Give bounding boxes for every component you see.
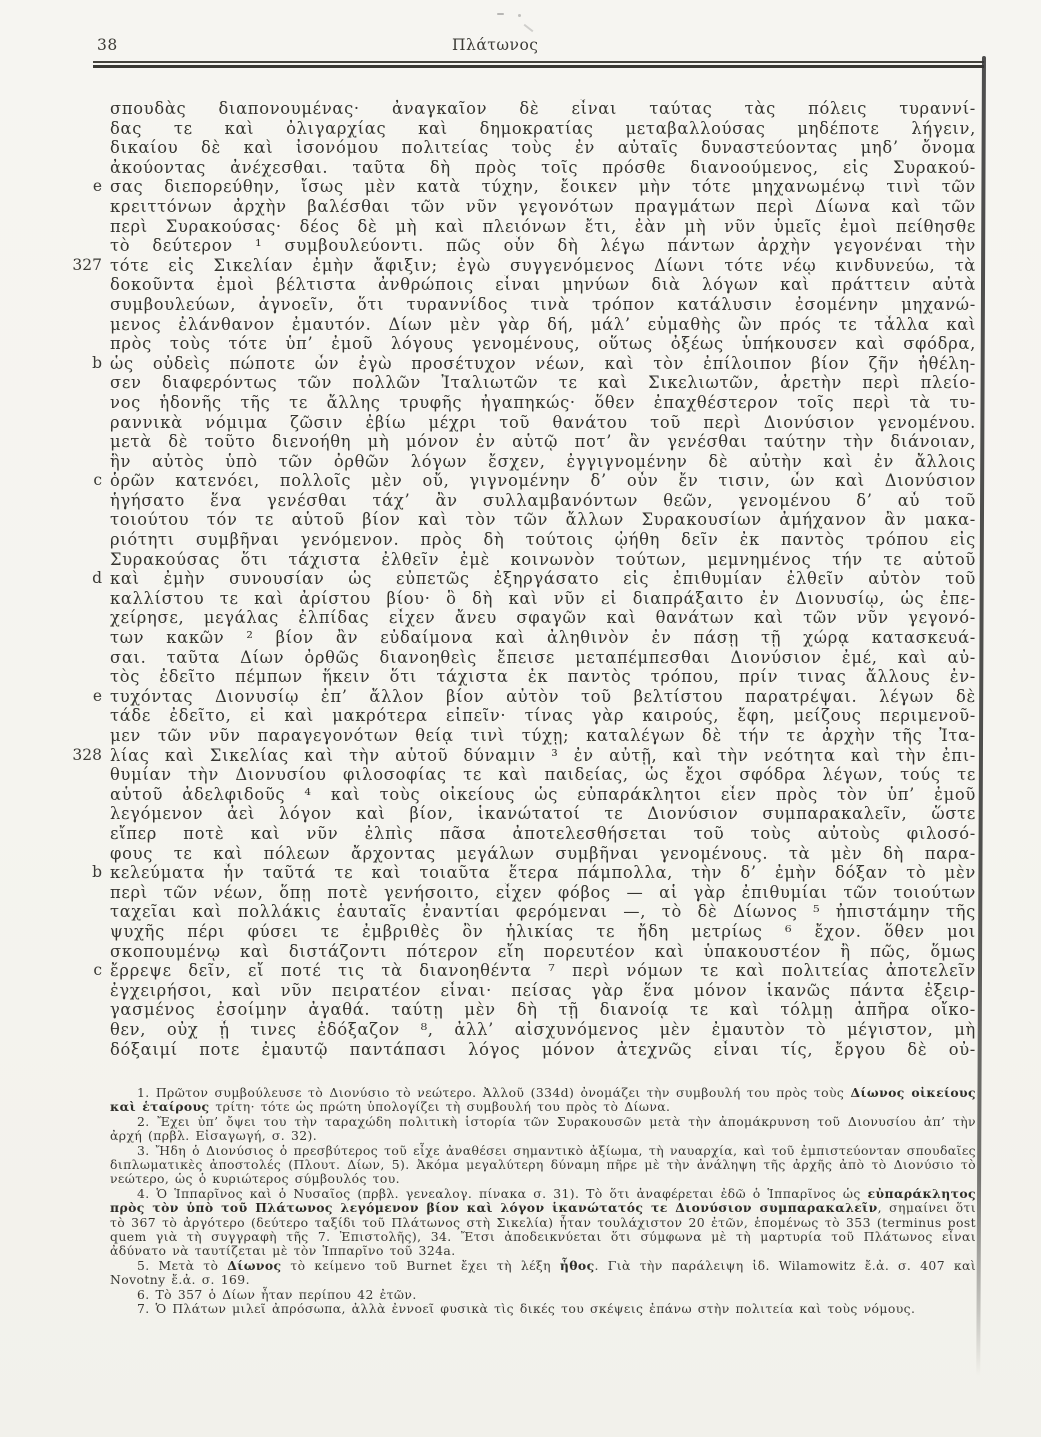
text-line: σεν διαφερόντως τῶν πολλῶν Ἰταλιωτῶν τε … xyxy=(56,373,976,393)
line-text: περὶ τῶν νέων, ὅπῃ ποτὲ γενήσοιτο, εἶχεν… xyxy=(110,883,976,903)
text-line: περὶ τῶν νέων, ὅπῃ ποτὲ γενήσοιτο, εἶχεν… xyxy=(56,883,976,903)
text-line: περὶ Συρακούσας· δέος δὲ μὴ καὶ πλειόνων… xyxy=(56,217,976,237)
line-text: κελεύματα ἦν ταῦτά τε καὶ τοιαῦτα ἕτερα … xyxy=(110,863,976,883)
stephanus-marker: c xyxy=(56,471,110,491)
stephanus-marker xyxy=(56,510,110,530)
text-line: 328 λίας καὶ Σικελίας καὶ τὴν αὑτοῦ δύνα… xyxy=(56,746,976,766)
text-line: ἣν αὐτὸς ὑπὸ τῶν ὀρθῶν λόγων ἔσχεν, ἐγγι… xyxy=(56,452,976,472)
text-line: καλλίστου τε καὶ ἀρίστου βίου· ὃ δὴ καὶ … xyxy=(56,589,976,609)
line-text: τυχόντας Διονυσίῳ ἐπ’ ἄλλον βίον αὐτὸν τ… xyxy=(110,687,976,707)
text-line: γασμένος ἐσοίμην ἀγαθά. ταύτῃ μὲν δὴ τῇ … xyxy=(56,1000,976,1020)
text-line: εἴπερ ποτὲ καὶ νῦν ἐλπὶς πᾶσα ἀποτελεσθή… xyxy=(56,824,976,844)
line-text: ριότητι συμβῆναι γενόμενον. πρὸς δὴ τούτ… xyxy=(110,530,976,550)
stephanus-marker xyxy=(56,1040,110,1060)
stephanus-marker: b xyxy=(56,863,110,883)
line-text: τὸς ἐδεῖτο πέμπων ἥκειν ὅτι τάχιστα ἐκ π… xyxy=(110,667,976,687)
text-line: ἀκούοντας ἀνέχεσθαι. ταῦτα δὴ πρὸς τοῖς … xyxy=(56,158,976,178)
stephanus-marker xyxy=(56,824,110,844)
text-line: d καὶ ἐμὴν συνουσίαν ὡς εὐπετῶς ἐξηργάσα… xyxy=(56,569,976,589)
text-line: θυμίαν τὴν Διονυσίου φιλοσοφίας τε καὶ π… xyxy=(56,765,976,785)
stephanus-marker xyxy=(56,119,110,139)
footnote: 6. Τὸ 357 ὁ Δίων ἦταν περίπου 42 ἐτῶν. xyxy=(110,1288,976,1302)
line-text: λίας καὶ Σικελίας καὶ τὴν αὑτοῦ δύναμιν … xyxy=(110,746,976,766)
text-line: ταχεῖαι καὶ πολλάκις ἑαυταῖς ἐναντίαι φε… xyxy=(56,902,976,922)
text-line: c ἔρρεψε δεῖν, εἴ ποτέ τις τὰ διανοηθέντ… xyxy=(56,961,976,981)
stephanus-marker xyxy=(56,981,110,1001)
page-edge-line xyxy=(976,56,985,1376)
stephanus-marker xyxy=(56,452,110,472)
page-header: 38 Πλάτωνος xyxy=(95,36,983,58)
line-text: σαι. ταῦτα Δίων ὀρθῶς διανοηθεὶς ἔπεισε … xyxy=(110,648,976,668)
line-text: Συρακούσας ὅτι τάχιστα ἐλθεῖν ἐμὲ κοινων… xyxy=(110,550,976,570)
line-text: ὡς οὐδεὶς πώποτε ὧν ἐγὼ προσέτυχον νέων,… xyxy=(110,354,976,374)
text-line: b ὡς οὐδεὶς πώποτε ὧν ἐγὼ προσέτυχον νέω… xyxy=(56,354,976,374)
line-text: ἀκούοντας ἀνέχεσθαι. ταῦτα δὴ πρὸς τοῖς … xyxy=(110,158,976,178)
line-text: σπουδὰς διαπονουμένας· ἀναγκαῖον δὲ εἶνα… xyxy=(110,99,976,119)
line-text: γασμένος ἐσοίμην ἀγαθά. ταύτῃ μὲν δὴ τῇ … xyxy=(110,1000,976,1020)
book-page: 38 Πλάτωνος σπουδὰς διαπονουμένας· ἀναγκ… xyxy=(0,0,1041,1437)
stephanus-marker xyxy=(56,315,110,335)
text-line: λεγόμενον ἀεὶ λόγον καὶ βίον, ἱκανώτατοί… xyxy=(56,804,976,824)
text-line: δικαίου δὲ καὶ ἰσονόμου πολιτείας τοὺς ἐ… xyxy=(56,138,976,158)
stephanus-marker xyxy=(56,804,110,824)
text-line: τοιούτου τόν τε αὑτοῦ βίον καὶ τὸν τῶν ἄ… xyxy=(56,510,976,530)
text-line: μεν τῶν νῦν παραγεγονότων θείᾳ τινὶ τύχῃ… xyxy=(56,726,976,746)
running-title: Πλάτωνος xyxy=(452,36,538,54)
line-text: φους τε καὶ πόλεων ἄρχοντας μεγάλων συμβ… xyxy=(110,844,976,864)
line-text: μετὰ δὲ τοῦτο διενοήθη μὴ μόνον ἐν αὑτῷ … xyxy=(110,432,976,452)
line-text: τάδε ἐδεῖτο, εἰ καὶ μακρότερα εἰπεῖν· τί… xyxy=(110,706,976,726)
line-text: σας διεπορεύθην, ἴσως μὲν κατὰ τύχην, ἔο… xyxy=(110,177,976,197)
stephanus-marker xyxy=(56,844,110,864)
stephanus-marker xyxy=(56,902,110,922)
line-text: καλλίστου τε καὶ ἀρίστου βίου· ὃ δὴ καὶ … xyxy=(110,589,976,609)
stephanus-marker: e xyxy=(56,177,110,197)
text-line: δοκοῦντα ἐμοὶ βέλτιστα ἀνθρώποις εἶναι μ… xyxy=(56,275,976,295)
stephanus-marker xyxy=(56,883,110,903)
text-line: των κακῶν ² βίον ἂν εὐδαίμονα καὶ ἀληθιν… xyxy=(56,628,976,648)
text-line: θεν, οὐχ ᾗ τινες ἐδόξαζον ⁸, ἀλλ’ αἰσχυν… xyxy=(56,1020,976,1040)
line-text: θυμίαν τὴν Διονυσίου φιλοσοφίας τε καὶ π… xyxy=(110,765,976,785)
text-line: ψυχῆς πέρι φύσει τε ἐμβριθὲς ὂν ἡλικίας … xyxy=(56,922,976,942)
text-line: ραννικὰ νόμιμα ζῶσιν ἐβίω μέχρι τοῦ θανά… xyxy=(56,413,976,433)
line-text: ταχεῖαι καὶ πολλάκις ἑαυταῖς ἐναντίαι φε… xyxy=(110,902,976,922)
stephanus-marker xyxy=(56,197,110,217)
text-line: τὸ δεύτερον ¹ συμβουλεύοντι. πῶς οὖν δὴ … xyxy=(56,236,976,256)
stephanus-marker xyxy=(56,158,110,178)
stephanus-marker: d xyxy=(56,569,110,589)
line-text: ἔρρεψε δεῖν, εἴ ποτέ τις τὰ διανοηθέντα … xyxy=(110,961,976,981)
stephanus-marker: c xyxy=(56,961,110,981)
text-line: τάδε ἐδεῖτο, εἰ καὶ μακρότερα εἰπεῖν· τί… xyxy=(56,706,976,726)
footnote: 4. Ὁ Ἱππαρῖνος καὶ ὁ Νυσαῖος (πρβλ. γενε… xyxy=(110,1187,976,1259)
line-text: δας τε καὶ ὀλιγαρχίας καὶ δημοκρατίας με… xyxy=(110,119,976,139)
text-line: σκοπουμένῳ καὶ διστάζοντι πότερον εἴη πο… xyxy=(56,942,976,962)
line-text: νος ἡδονῆς τῆς τε ἄλλης τρυφῆς ἠγαπηκώς·… xyxy=(110,393,976,413)
stephanus-marker: b xyxy=(56,354,110,374)
text-line: e τυχόντας Διονυσίῳ ἐπ’ ἄλλον βίον αὐτὸν… xyxy=(56,687,976,707)
page-number: 38 xyxy=(97,36,118,54)
stephanus-marker xyxy=(56,491,110,511)
line-text: δόξαιμί ποτε ἐμαυτῷ παντάπασι λόγος μόνο… xyxy=(110,1040,976,1060)
line-text: ἣν αὐτὸς ὑπὸ τῶν ὀρθῶν λόγων ἔσχεν, ἐγγι… xyxy=(110,452,976,472)
text-line: e σας διεπορεύθην, ἴσως μὲν κατὰ τύχην, … xyxy=(56,177,976,197)
stephanus-marker xyxy=(56,236,110,256)
text-line: b κελεύματα ἦν ταῦτά τε καὶ τοιαῦτα ἕτερ… xyxy=(56,863,976,883)
text-line: σπουδὰς διαπονουμένας· ἀναγκαῖον δὲ εἶνα… xyxy=(56,99,976,119)
line-text: καὶ ἐμὴν συνουσίαν ὡς εὐπετῶς ἐξηργάσατο… xyxy=(110,569,976,589)
stephanus-marker xyxy=(56,922,110,942)
stephanus-marker xyxy=(56,726,110,746)
stephanus-marker xyxy=(56,667,110,687)
footnote: 2. Ἔχει ὑπ’ ὄψει του τὴν ταραχώδη πολιτι… xyxy=(110,1115,976,1144)
text-line: ἐγχειρήσοι, καὶ νῦν πειρατέον εἶναι· πεί… xyxy=(56,981,976,1001)
header-rule xyxy=(93,61,984,68)
text-line: πρὸς τοὺς τότε ὑπ’ ἐμοῦ λόγους γενομένου… xyxy=(56,334,976,354)
line-text: τοιούτου τόν τε αὑτοῦ βίον καὶ τὸν τῶν ἄ… xyxy=(110,510,976,530)
stephanus-marker xyxy=(56,295,110,315)
line-text: πρὸς τοὺς τότε ὑπ’ ἐμοῦ λόγους γενομένου… xyxy=(110,334,976,354)
line-text: σεν διαφερόντως τῶν πολλῶν Ἰταλιωτῶν τε … xyxy=(110,373,976,393)
text-line: κρειττόνων ἀρχὴν βαλέσθαι τῶν νῦν γεγονό… xyxy=(56,197,976,217)
stephanus-marker xyxy=(56,628,110,648)
stephanus-marker xyxy=(56,138,110,158)
text-line: συμβουλεύων, ἀγνοεῖν, ὅτι τυραννίδος τιν… xyxy=(56,295,976,315)
line-text: μενος ἐλάνθανον ἐμαυτόν. Δίων μὲν γὰρ δή… xyxy=(110,315,976,335)
line-text: μεν τῶν νῦν παραγεγονότων θείᾳ τινὶ τύχῃ… xyxy=(110,726,976,746)
text-line: Συρακούσας ὅτι τάχιστα ἐλθεῖν ἐμὲ κοινων… xyxy=(56,550,976,570)
line-text: εἴπερ ποτὲ καὶ νῦν ἐλπὶς πᾶσα ἀποτελεσθή… xyxy=(110,824,976,844)
line-text: ἐγχειρήσοι, καὶ νῦν πειρατέον εἶναι· πεί… xyxy=(110,981,976,1001)
line-text: ραννικὰ νόμιμα ζῶσιν ἐβίω μέχρι τοῦ θανά… xyxy=(110,413,976,433)
text-line: αὑτοῦ ἀδελφιδοῦς ⁴ καὶ τοὺς οἰκείους ὡς … xyxy=(56,785,976,805)
stephanus-marker xyxy=(56,942,110,962)
stephanus-marker xyxy=(56,765,110,785)
line-text: αὑτοῦ ἀδελφιδοῦς ⁴ καὶ τοὺς οἰκείους ὡς … xyxy=(110,785,976,805)
text-line: μενος ἐλάνθανον ἐμαυτόν. Δίων μὲν γὰρ δή… xyxy=(56,315,976,335)
stephanus-marker xyxy=(56,530,110,550)
text-line: δόξαιμί ποτε ἐμαυτῷ παντάπασι λόγος μόνο… xyxy=(56,1040,976,1060)
text-line: τὸς ἐδεῖτο πέμπων ἥκειν ὅτι τάχιστα ἐκ π… xyxy=(56,667,976,687)
line-text: των κακῶν ² βίον ἂν εὐδαίμονα καὶ ἀληθιν… xyxy=(110,628,976,648)
stephanus-marker xyxy=(56,1000,110,1020)
line-text: χείρησε, μεγάλας ἐλπίδας εἶχεν ἄνευ σφαγ… xyxy=(110,608,976,628)
line-text: ἡγήσατο ἕνα γενέσθαι τάχ’ ἂν συλλαμβανόν… xyxy=(110,491,976,511)
stephanus-marker: e xyxy=(56,687,110,707)
stephanus-marker: 328 xyxy=(56,746,110,766)
stephanus-marker xyxy=(56,648,110,668)
text-line: νος ἡδονῆς τῆς τε ἄλλης τρυφῆς ἠγαπηκώς·… xyxy=(56,393,976,413)
text-line: δας τε καὶ ὀλιγαρχίας καὶ δημοκρατίας με… xyxy=(56,119,976,139)
stephanus-marker xyxy=(56,706,110,726)
footnotes-section: 1. Πρῶτον συμβούλευσε τὸ Διονύσιο τὸ νεώ… xyxy=(110,1086,976,1317)
stephanus-marker xyxy=(56,1020,110,1040)
line-text: τὸ δεύτερον ¹ συμβουλεύοντι. πῶς οὖν δὴ … xyxy=(110,236,976,256)
stephanus-marker xyxy=(56,275,110,295)
line-text: σκοπουμένῳ καὶ διστάζοντι πότερον εἴη πο… xyxy=(110,942,976,962)
line-text: δοκοῦντα ἐμοὶ βέλτιστα ἀνθρώποις εἶναι μ… xyxy=(110,275,976,295)
footnote: 7. Ὁ Πλάτων μιλεῖ ἀπρόσωπα, ἀλλὰ ἐννοεῖ … xyxy=(110,1302,976,1316)
stephanus-marker xyxy=(56,608,110,628)
line-text: δικαίου δὲ καὶ ἰσονόμου πολιτείας τοὺς ἐ… xyxy=(110,138,976,158)
text-line: σαι. ταῦτα Δίων ὀρθῶς διανοηθεὶς ἔπεισε … xyxy=(56,648,976,668)
line-text: συμβουλεύων, ἀγνοεῖν, ὅτι τυραννίδος τιν… xyxy=(110,295,976,315)
text-line: c ὁρῶν κατενόει, πολλοῖς μὲν οὔ, γιγνομέ… xyxy=(56,471,976,491)
stephanus-marker xyxy=(56,393,110,413)
text-line: χείρησε, μεγάλας ἐλπίδας εἶχεν ἄνευ σφαγ… xyxy=(56,608,976,628)
stephanus-marker xyxy=(56,413,110,433)
text-line: ριότητι συμβῆναι γενόμενον. πρὸς δὴ τούτ… xyxy=(56,530,976,550)
line-text: κρειττόνων ἀρχὴν βαλέσθαι τῶν νῦν γεγονό… xyxy=(110,197,976,217)
text-line: φους τε καὶ πόλεων ἄρχοντας μεγάλων συμβ… xyxy=(56,844,976,864)
line-text: ὁρῶν κατενόει, πολλοῖς μὲν οὔ, γιγνομένη… xyxy=(110,471,976,491)
stephanus-marker xyxy=(56,334,110,354)
line-text: λεγόμενον ἀεὶ λόγον καὶ βίον, ἱκανώτατοί… xyxy=(110,804,976,824)
line-text: περὶ Συρακούσας· δέος δὲ μὴ καὶ πλειόνων… xyxy=(110,217,976,237)
stephanus-marker xyxy=(56,217,110,237)
stephanus-marker: 327 xyxy=(56,256,110,276)
footnote: 5. Μετὰ τὸ Δίωνος τὸ κείμενο τοῦ Burnet … xyxy=(110,1259,976,1288)
stephanus-marker xyxy=(56,550,110,570)
scan-speck xyxy=(497,13,504,15)
stephanus-marker xyxy=(56,432,110,452)
text-line: ἡγήσατο ἕνα γενέσθαι τάχ’ ἂν συλλαμβανόν… xyxy=(56,491,976,511)
text-line: μετὰ δὲ τοῦτο διενοήθη μὴ μόνον ἐν αὑτῷ … xyxy=(56,432,976,452)
footnote: 3. Ἤδη ὁ Διονύσιος ὁ πρεσβύτερος τοῦ εἶχ… xyxy=(110,1144,976,1187)
stephanus-marker xyxy=(56,785,110,805)
line-text: θεν, οὐχ ᾗ τινες ἐδόξαζον ⁸, ἀλλ’ αἰσχυν… xyxy=(110,1020,976,1040)
text-line: 327 τότε εἰς Σικελίαν ἐμὴν ἄφιξιν; ἐγὼ σ… xyxy=(56,256,976,276)
line-text: τότε εἰς Σικελίαν ἐμὴν ἄφιξιν; ἐγὼ συγγε… xyxy=(110,256,976,276)
line-text: ψυχῆς πέρι φύσει τε ἐμβριθὲς ὂν ἡλικίας … xyxy=(110,922,976,942)
stephanus-marker xyxy=(56,99,110,119)
stephanus-marker xyxy=(56,589,110,609)
body-text: σπουδὰς διαπονουμένας· ἀναγκαῖον δὲ εἶνα… xyxy=(56,99,976,1059)
stephanus-marker xyxy=(56,373,110,393)
footnote: 1. Πρῶτον συμβούλευσε τὸ Διονύσιο τὸ νεώ… xyxy=(110,1086,976,1115)
